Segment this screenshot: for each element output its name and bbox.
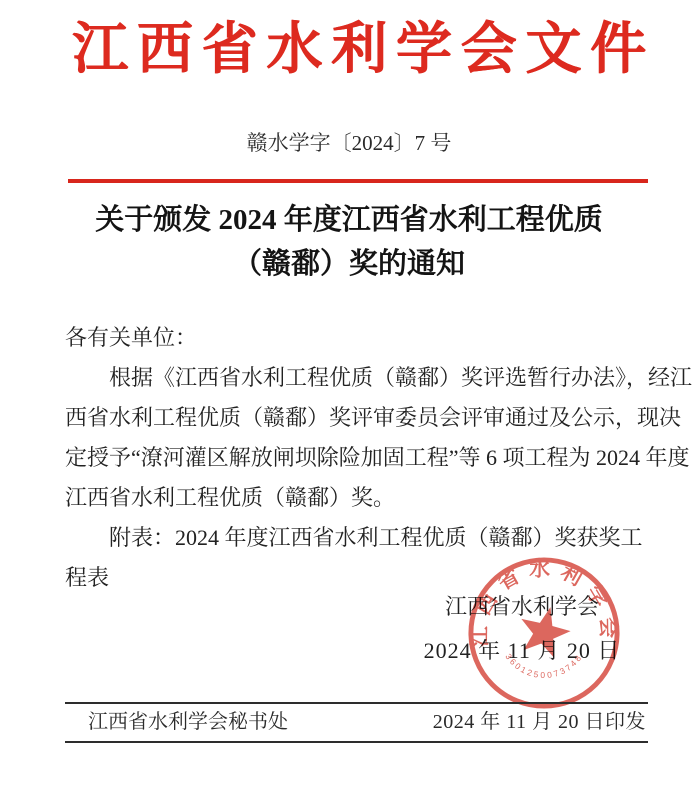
document-title-line1: 关于颁发 2024 年度江西省水利工程优质 [40, 198, 658, 242]
document-title: 关于颁发 2024 年度江西省水利工程优质 （赣鄱）奖的通知 [40, 198, 658, 286]
attachment-note: 附表：2024 年度江西省水利工程优质（赣鄱）奖获奖工程表 [65, 518, 648, 598]
signature-date: 2024 年 11 月 20 日 [391, 636, 653, 666]
footer-print-date: 2024 年 11 月 20 日印发 [433, 705, 648, 739]
footer-rule-bottom [65, 741, 648, 743]
red-separator-rule [68, 179, 648, 183]
paragraph-line: 根据《江西省水利工程优质（赣鄱）奖评选暂行办法》，经江 [65, 358, 648, 398]
letterhead-org-title: 江西省水利学会文件 [72, 14, 646, 86]
paragraph-line: 江西省水利工程优质（赣鄱）奖。 [65, 478, 648, 518]
document-body: 各有关单位： 根据《江西省水利工程优质（赣鄱）奖评选暂行办法》，经江 西省水利工… [65, 318, 648, 598]
salutation: 各有关单位： [65, 318, 648, 358]
footer-issuer: 江西省水利学会秘书处 [65, 705, 288, 739]
doc-reference-number: 赣水学字〔2024〕7 号 [0, 128, 698, 158]
paragraph-line: 西省水利工程优质（赣鄱）奖评审委员会评审通过及公示，现决 [65, 398, 648, 438]
signature-org-name: 江西省水利学会 [391, 592, 653, 622]
signature-block: 江西省水利学会 2024 年 11 月 20 日 [391, 592, 653, 666]
footer-row: 江西省水利学会秘书处 2024 年 11 月 20 日印发 [65, 705, 648, 739]
official-document-page: 江西省水利学会文件 赣水学字〔2024〕7 号 关于颁发 2024 年度江西省水… [0, 0, 698, 786]
footer-rule-top [65, 702, 648, 704]
paragraph-line: 定授予“潦河灌区解放闸坝除险加固工程”等 6 项工程为 2024 年度 [65, 438, 648, 478]
document-title-line2: （赣鄱）奖的通知 [40, 242, 658, 286]
